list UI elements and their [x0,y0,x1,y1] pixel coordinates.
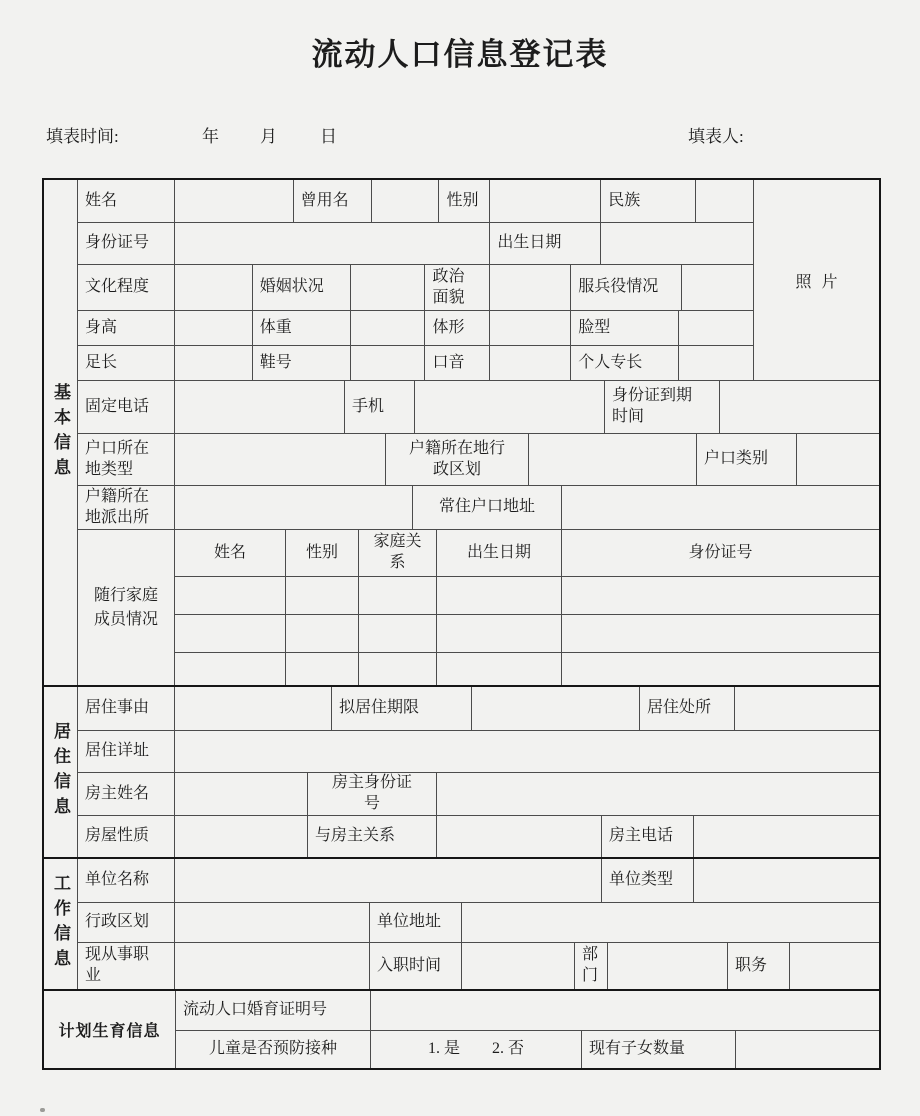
field-label: 政治 面貌 [425,265,490,310]
column-header: 家庭关 系 [359,530,437,576]
field-value-cell [696,180,753,222]
field-label: 房主姓名 [78,773,175,815]
column-header: 姓名 [175,530,286,576]
table-row: 单位名称单位类型 [78,859,879,902]
field-value-cell [437,653,562,685]
photo-cell: 照片 [754,180,879,380]
section-basic-info: 基本信息姓名曾用名性别民族身份证号出生日期文化程度婚姻状况政治 面貌服兵役情况身… [44,180,879,685]
row-block: 固定电话手机身份证到期 时间户口所在 地类型户籍所在地行 政区划户口类别户籍所在… [78,380,879,529]
field-label: 体重 [253,311,351,345]
field-value-cell [351,265,426,310]
field-value-cell [175,265,253,310]
field-label: 行政区划 [78,903,175,942]
field-value-cell [679,346,753,380]
field-label: 曾用名 [294,180,372,222]
column-header: 性别 [286,530,359,576]
table-row: 身份证号出生日期 [78,222,753,264]
field-value-cell [359,615,437,652]
field-label: 居住处所 [640,687,735,730]
table-row: 身高体重体形脸型 [78,310,753,345]
field-value-cell [437,773,879,815]
field-label: 职务 [728,943,790,989]
field-label: 身高 [78,311,175,345]
field-label: 房主电话 [602,816,694,857]
field-label: 姓名 [78,180,175,222]
field-value-cell [175,903,370,942]
field-value-cell [490,265,571,310]
field-label: 房屋性质 [78,816,175,857]
field-label: 鞋号 [253,346,351,380]
form-title: 流动人口信息登记表 [0,29,920,74]
field-label: 个人专长 [571,346,679,380]
field-label: 文化程度 [78,265,175,310]
row-group: 姓名性别家庭关 系出生日期身份证号 [175,530,879,685]
field-value-cell [415,381,605,433]
field-value-cell [372,180,440,222]
field-value-cell [694,816,879,857]
table-row: 户口所在 地类型户籍所在地行 政区划户口类别 [78,433,879,485]
field-label: 户口类别 [697,434,797,485]
field-value-cell [462,903,879,942]
registration-form-table: 基本信息姓名曾用名性别民族身份证号出生日期文化程度婚姻状况政治 面貌服兵役情况身… [42,178,881,1070]
row-group: 姓名曾用名性别民族身份证号出生日期文化程度婚姻状况政治 面貌服兵役情况身高体重体… [78,180,754,380]
field-value-cell [462,943,575,989]
field-label: 房主身份证 号 [308,773,437,815]
field-value-cell [679,311,753,345]
field-label: 固定电话 [78,381,175,433]
field-value-cell [175,816,308,857]
field-value-cell [371,991,879,1030]
table-row: 文化程度婚姻状况政治 面貌服兵役情况 [78,264,753,310]
field-label: 现从事职 业 [78,943,175,989]
field-value-cell [608,943,728,989]
field-value-cell [490,346,571,380]
family-members-label: 随行家庭 成员情况 [78,530,175,685]
scan-artifact [40,1108,45,1112]
table-row [175,576,879,614]
field-label: 服兵役情况 [571,265,682,310]
field-label: 出生日期 [490,223,601,264]
field-label: 民族 [601,180,696,222]
field-value-cell [529,434,697,485]
field-label: 拟居住期限 [332,687,472,730]
field-value-cell [286,615,359,652]
field-label: 居住详址 [78,731,175,772]
field-label: 常住户口地址 [413,486,562,529]
section-label-family-planning-info: 计划生育信息 [44,991,176,1068]
field-label: 单位类型 [602,859,694,902]
year-label: 年 [202,122,219,147]
table-row [175,652,879,685]
table-row: 行政区划单位地址 [78,902,879,942]
table-row: 现从事职 业入职时间部 门职务 [78,942,879,989]
section-label-basic-info: 基本信息 [44,180,78,685]
field-label: 户口所在 地类型 [78,434,175,485]
field-value-cell [562,577,879,614]
table-row: 户籍所在 地派出所常住户口地址 [78,485,879,529]
field-value-cell [175,180,294,222]
field-value-cell [175,859,602,902]
section-label-residence-info: 居住信息 [44,687,78,857]
family-members-block: 随行家庭 成员情况姓名性别家庭关 系出生日期身份证号 [78,529,879,685]
field-label: 性别 [439,180,490,222]
field-value-cell [490,311,571,345]
field-value-cell [797,434,879,485]
field-value-cell [286,577,359,614]
field-value-cell [286,653,359,685]
field-label: 单位名称 [78,859,175,902]
month-label: 月 [260,122,277,147]
rows-with-photo: 姓名曾用名性别民族身份证号出生日期文化程度婚姻状况政治 面貌服兵役情况身高体重体… [78,180,879,380]
field-label: 脸型 [571,311,679,345]
field-value-cell [472,687,640,730]
field-value-cell [359,653,437,685]
field-label: 口音 [425,346,490,380]
table-row: 流动人口婚育证明号 [176,991,879,1030]
table-row: 足长鞋号口音个人专长 [78,345,753,380]
section-residence-info: 居住信息居住事由拟居住期限居住处所居住详址房主姓名房主身份证 号房屋性质与房主关… [44,685,879,857]
field-value-cell [562,486,879,529]
field-value-cell [437,816,602,857]
field-label: 足长 [78,346,175,380]
field-value-cell [735,687,879,730]
field-value-cell [359,577,437,614]
table-row: 姓名性别家庭关 系出生日期身份证号 [175,530,879,576]
field-label: 户籍所在 地派出所 [78,486,175,529]
field-value-cell [736,1031,879,1068]
field-value-cell [351,346,426,380]
field-value-cell [562,653,879,685]
field-value-cell [351,311,426,345]
field-value-cell [175,577,286,614]
field-label: 入职时间 [370,943,462,989]
table-row: 儿童是否预防接种1. 是 2. 否现有子女数量 [176,1030,879,1068]
section-content: 流动人口婚育证明号儿童是否预防接种1. 是 2. 否现有子女数量 [176,991,879,1068]
field-value-cell [562,615,879,652]
field-label: 户籍所在地行 政区划 [386,434,529,485]
field-label: 身份证号 [78,223,175,264]
filler-label: 填表人: [688,122,744,147]
section-work-info: 工作信息单位名称单位类型行政区划单位地址现从事职 业入职时间部 门职务 [44,857,879,989]
field-label: 单位地址 [370,903,462,942]
options-cell: 1. 是 2. 否 [371,1031,582,1068]
section-content: 单位名称单位类型行政区划单位地址现从事职 业入职时间部 门职务 [78,859,879,989]
field-value-cell [175,687,332,730]
fill-time-label: 填表时间: [46,122,119,147]
table-row: 居住详址 [78,730,879,772]
field-value-cell [175,346,253,380]
field-value-cell [790,943,879,989]
field-value-cell [175,223,491,264]
day-label: 日 [320,122,337,147]
row-block: 流动人口婚育证明号儿童是否预防接种1. 是 2. 否现有子女数量 [176,991,879,1068]
field-value-cell [175,381,345,433]
field-value-cell [437,577,562,614]
field-label: 婚姻状况 [253,265,351,310]
field-label: 居住事由 [78,687,175,730]
field-value-cell [694,859,879,902]
column-header: 出生日期 [437,530,562,576]
field-value-cell [175,311,253,345]
field-value-cell [490,180,601,222]
field-value-cell [175,943,370,989]
table-row: 居住事由拟居住期限居住处所 [78,687,879,730]
section-label-work-info: 工作信息 [44,859,78,989]
table-row: 房主姓名房主身份证 号 [78,772,879,815]
field-label: 流动人口婚育证明号 [176,991,371,1030]
table-row: 姓名曾用名性别民族 [78,180,753,222]
field-value-cell [175,615,286,652]
form-meta-row: 填表时间: 年 月 日 填表人: [0,122,920,146]
field-label: 部 门 [575,943,608,989]
field-value-cell [175,434,386,485]
table-row: 房屋性质与房主关系房主电话 [78,815,879,857]
field-value-cell [682,265,753,310]
field-value-cell [720,381,879,433]
section-family-planning-info: 计划生育信息流动人口婚育证明号儿童是否预防接种1. 是 2. 否现有子女数量 [44,989,879,1068]
field-label: 儿童是否预防接种 [176,1031,371,1068]
row-block: 居住事由拟居住期限居住处所居住详址房主姓名房主身份证 号房屋性质与房主关系房主电… [78,687,879,857]
section-content: 居住事由拟居住期限居住处所居住详址房主姓名房主身份证 号房屋性质与房主关系房主电… [78,687,879,857]
field-label: 身份证到期 时间 [605,381,720,433]
field-value-cell [437,615,562,652]
field-value-cell [601,223,753,264]
section-content: 姓名曾用名性别民族身份证号出生日期文化程度婚姻状况政治 面貌服兵役情况身高体重体… [78,180,879,685]
field-value-cell [175,486,413,529]
field-value-cell [175,773,308,815]
column-header: 身份证号 [562,530,879,576]
table-row: 固定电话手机身份证到期 时间 [78,381,879,433]
field-label: 手机 [345,381,415,433]
field-label: 体形 [425,311,490,345]
field-label: 与房主关系 [308,816,437,857]
row-block: 单位名称单位类型行政区划单位地址现从事职 业入职时间部 门职务 [78,859,879,989]
field-label: 现有子女数量 [582,1031,736,1068]
table-row [175,614,879,652]
field-value-cell [175,653,286,685]
scanned-form-page: { "page": { "title": "流动人口信息登记表" }, "met… [0,0,920,1116]
field-value-cell [175,731,879,772]
